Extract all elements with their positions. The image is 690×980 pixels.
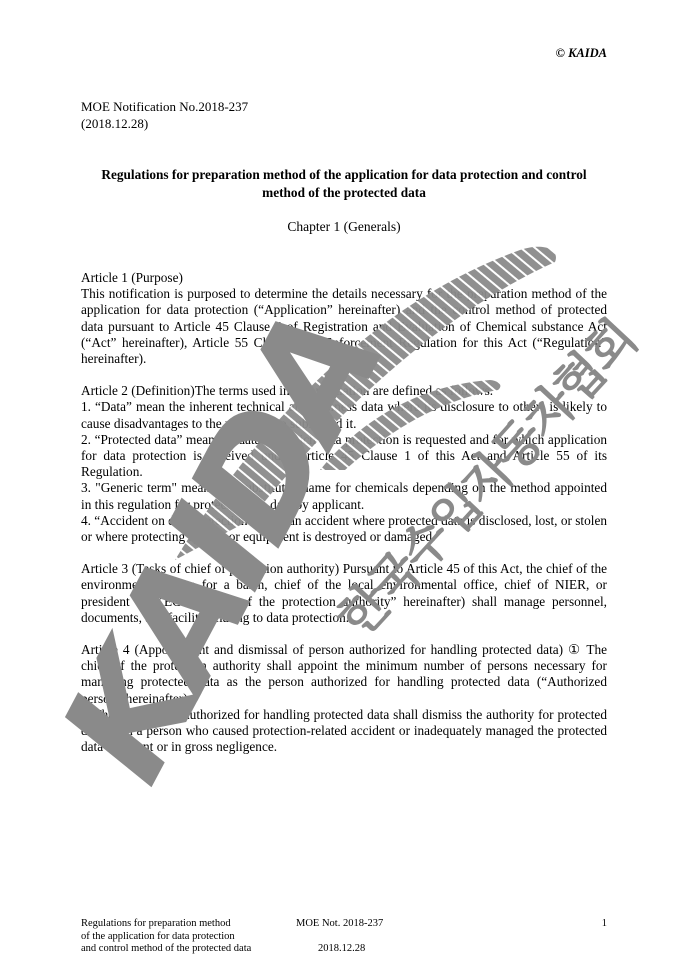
footer-date: 2018.12.28 [318, 943, 365, 956]
definition-item: 4. “Accident on data protection” mean an… [81, 513, 607, 545]
article-3: Article 3 (Tasks of chief of protection … [81, 561, 607, 626]
footer-title-line: of the application for data protection [81, 931, 281, 944]
article-heading: Article 1 (Purpose) [81, 270, 607, 286]
definition-item: 2. “Protected data” mean the data for wh… [81, 432, 607, 481]
article-heading: Article 2 (Definition)The terms used in … [81, 383, 607, 399]
article-2: Article 2 (Definition)The terms used in … [81, 383, 607, 545]
article-4: Article 4 (Appointment and dismissal of … [81, 642, 607, 755]
article-paragraph: ②The chief of the authorized for handlin… [81, 707, 607, 756]
footer-title-line: Regulations for preparation method [81, 918, 281, 931]
notification-number: MOE Notification No.2018-237 [81, 98, 248, 115]
article-paragraph: Article 4 (Appointment and dismissal of … [81, 642, 607, 707]
footer-notice-ref: MOE Not. 2018-237 [296, 918, 383, 931]
title-line-1: Regulations for preparation method of th… [81, 166, 607, 184]
document-body: Article 1 (Purpose) This notification is… [81, 270, 607, 771]
footer-title-line: and control method of the protected data [81, 943, 281, 956]
notification-header: MOE Notification No.2018-237 (2018.12.28… [81, 98, 248, 132]
title-line-2: method of the protected data [81, 184, 607, 202]
chapter-heading: Chapter 1 (Generals) [81, 219, 607, 235]
article-1: Article 1 (Purpose) This notification is… [81, 270, 607, 367]
page-number: 1 [602, 918, 607, 931]
copyright-notice: © KAIDA [556, 46, 607, 61]
definition-item: 1. “Data” mean the inherent technical an… [81, 399, 607, 431]
article-paragraph: Article 3 (Tasks of chief of protection … [81, 561, 607, 626]
document-title: Regulations for preparation method of th… [81, 166, 607, 202]
definition-item: 3. "Generic term" means the substituted … [81, 480, 607, 512]
footer-doc-title: Regulations for preparation method of th… [81, 918, 281, 956]
article-paragraph: This notification is purposed to determi… [81, 286, 607, 367]
notification-date: (2018.12.28) [81, 115, 248, 132]
document-page: © KAIDA MOE Notification No.2018-237 (20… [0, 0, 690, 980]
